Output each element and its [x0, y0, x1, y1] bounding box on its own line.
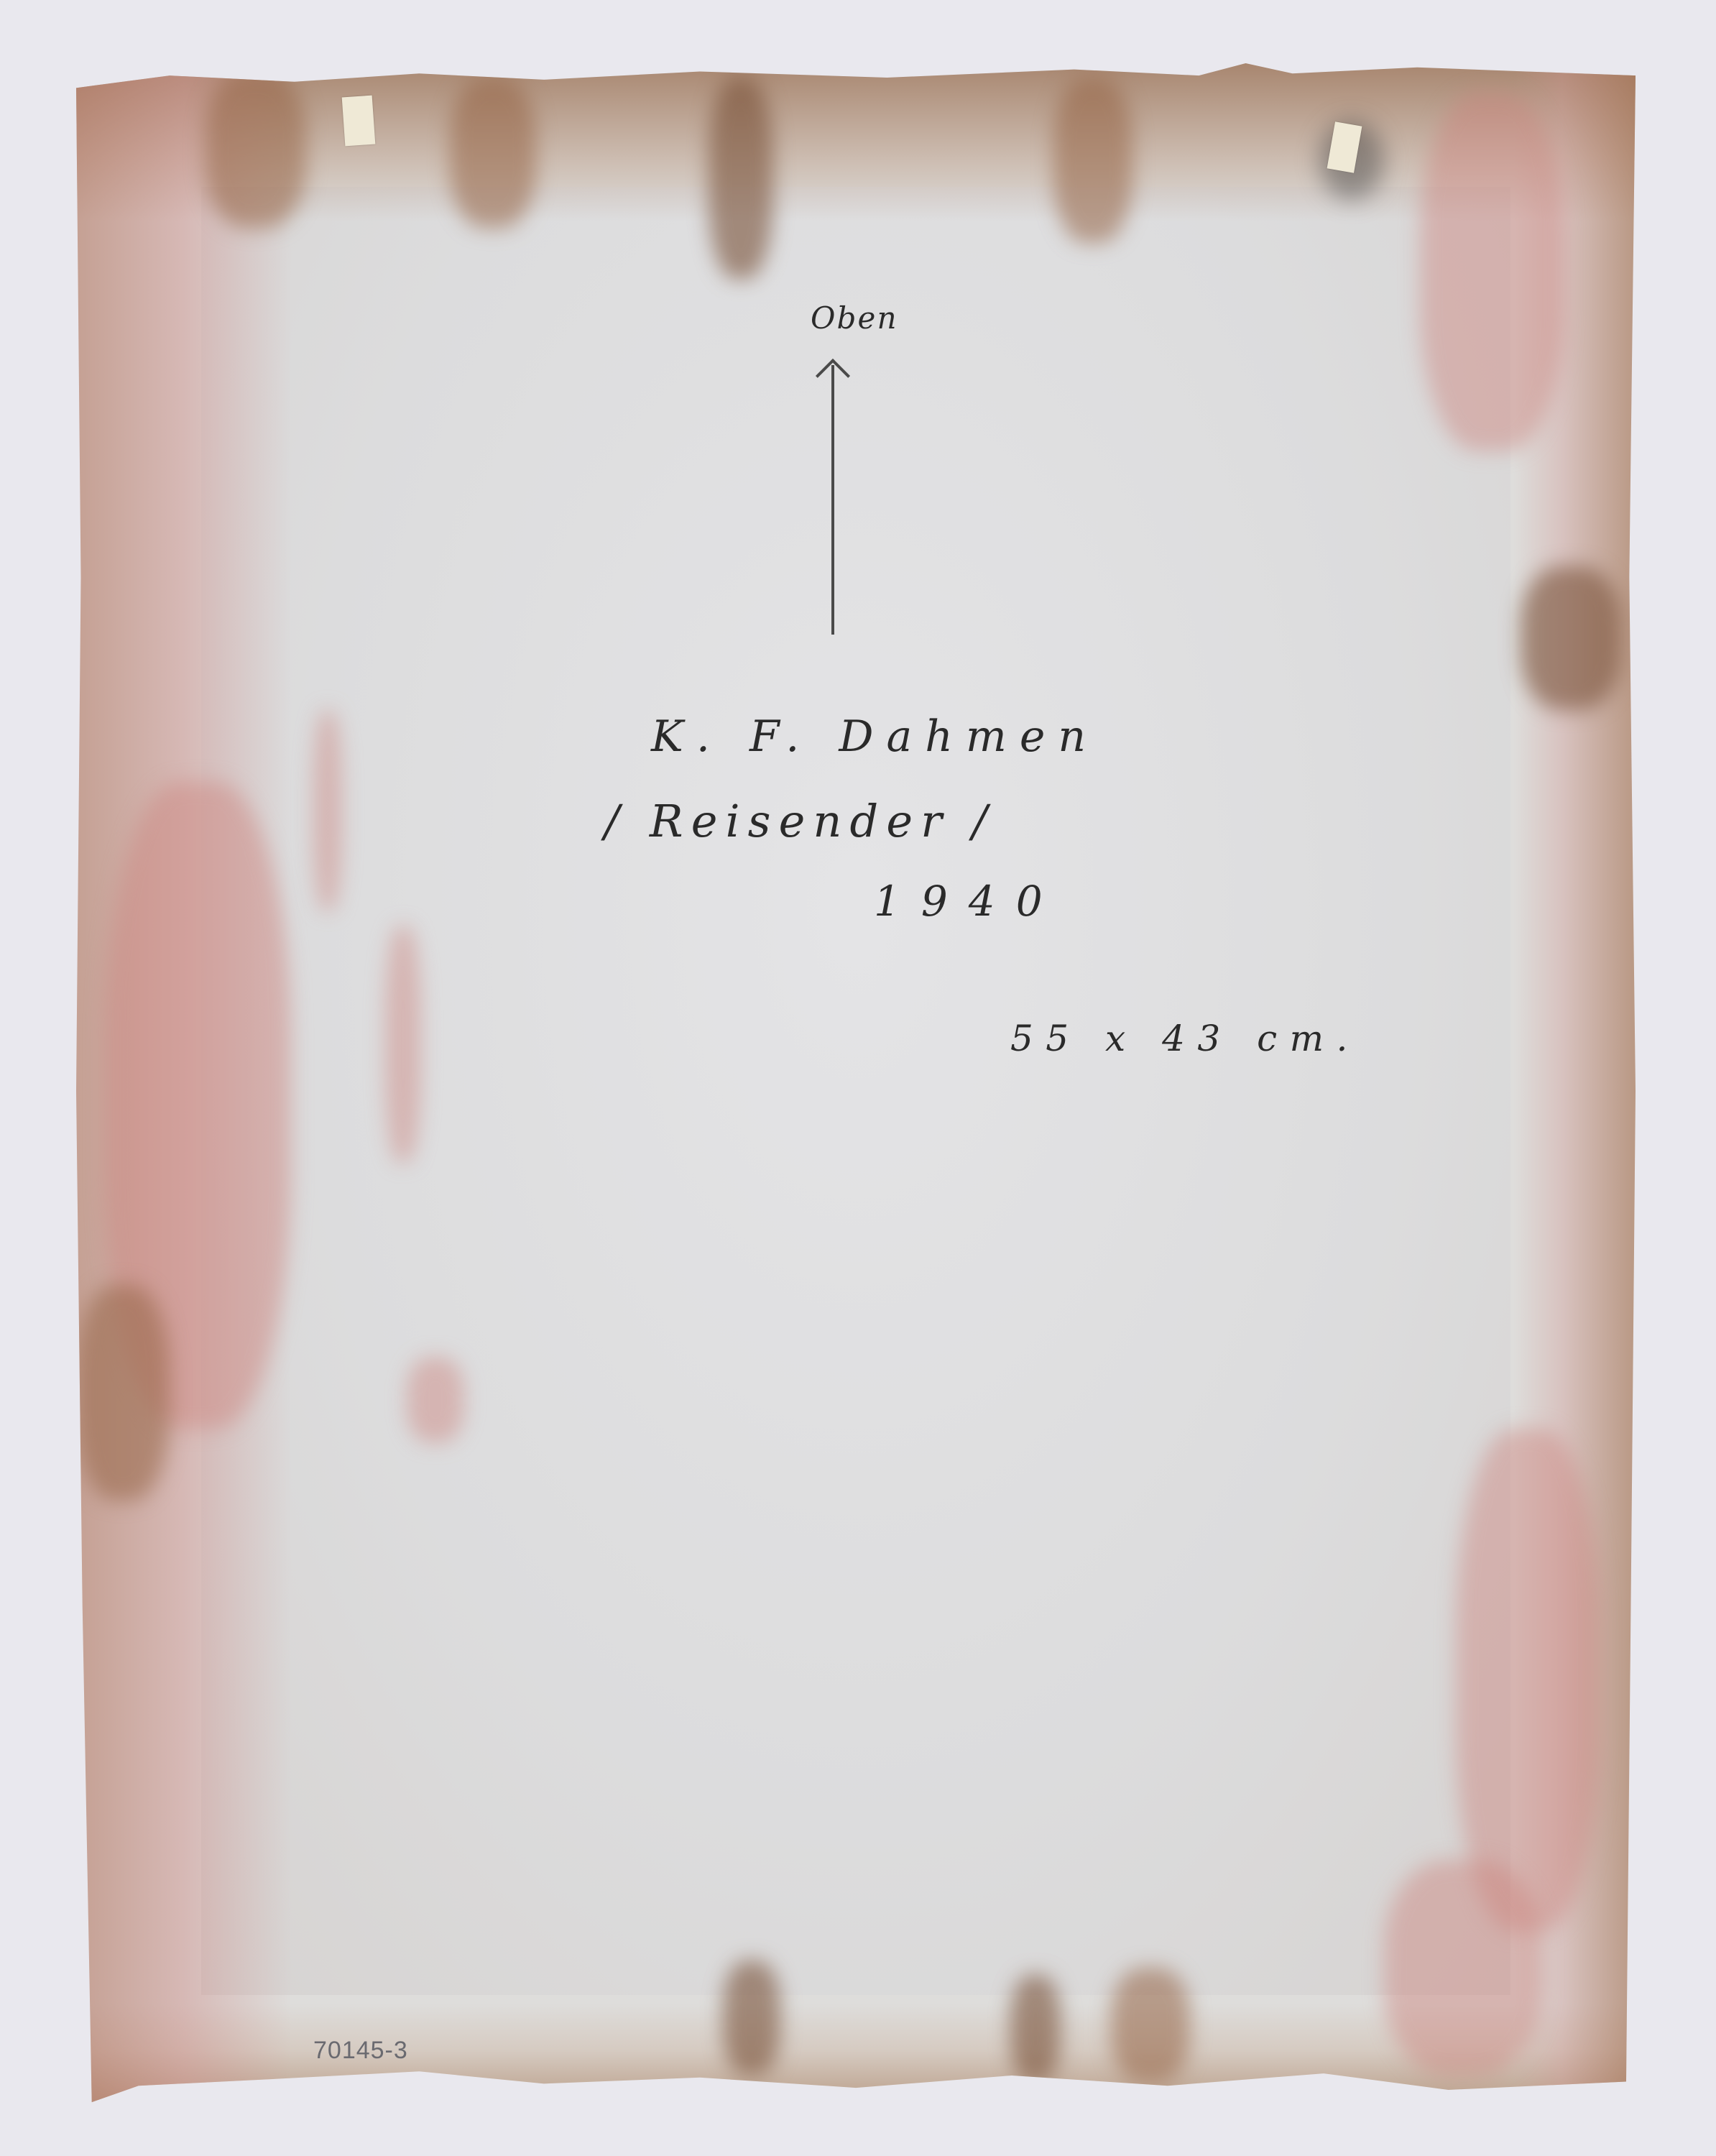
- stain: [76, 1285, 170, 1501]
- stain: [1384, 1860, 1542, 2076]
- stain: [313, 710, 342, 911]
- stain: [385, 926, 421, 1163]
- stain: [206, 70, 306, 229]
- stain: [1111, 1968, 1190, 2083]
- stain: [1420, 92, 1564, 451]
- stain: [1010, 1975, 1061, 2083]
- stain: [450, 78, 536, 229]
- stain: [1456, 1429, 1600, 1932]
- stained-top-edge: [76, 63, 1636, 221]
- inventory-number: 70145-3: [313, 2037, 408, 2065]
- orientation-label: Oben: [811, 300, 898, 336]
- artwork-title: / Reisender /: [604, 795, 995, 847]
- artwork-dimensions: 55 x 43 cm.: [1010, 1018, 1360, 1059]
- artwork-year: 1940: [874, 877, 1064, 926]
- stain: [407, 1357, 464, 1443]
- artist-name: K. F. Dahmen: [651, 711, 1099, 762]
- stain: [1521, 566, 1621, 710]
- stain: [723, 1961, 780, 2076]
- stain: [1053, 78, 1133, 243]
- paper-sheet: Oben K. F. Dahmen / Reisender / 1940 55 …: [76, 63, 1636, 2119]
- hinge-tape-left: [342, 96, 376, 147]
- stain: [709, 78, 773, 279]
